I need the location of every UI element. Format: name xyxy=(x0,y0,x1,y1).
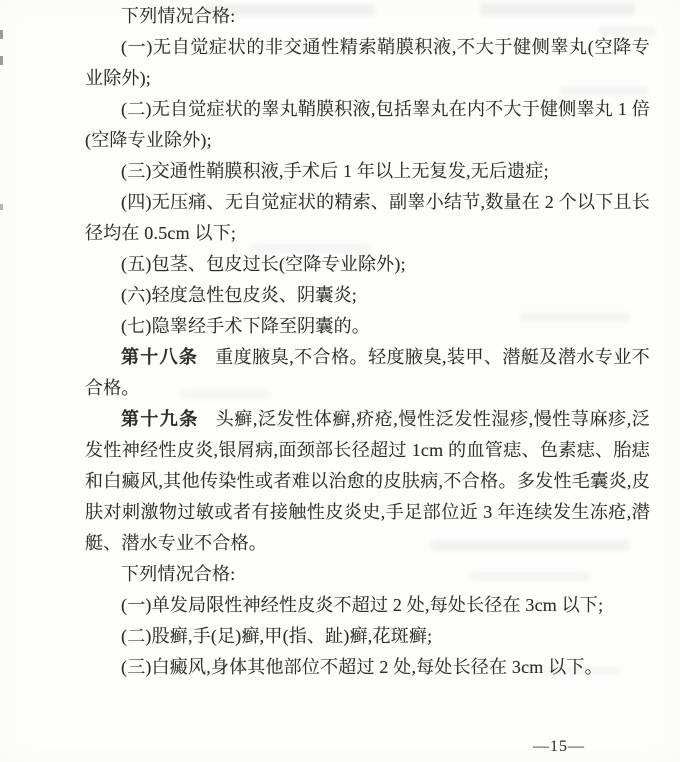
paragraph: (四)无压痛、无自觉症状的精索、副睾小结节,数量在 2 个以下且长径均在 0.5… xyxy=(85,187,650,249)
document-body: 下列情况合格:(一)无自觉症状的非交通性精索鞘膜积液,不大于健侧睾丸(空降专业除… xyxy=(85,1,650,683)
scanned-document-page: 下列情况合格:(一)无自觉症状的非交通性精索鞘膜积液,不大于健侧睾丸(空降专业除… xyxy=(0,0,680,762)
paragraph: 下列情况合格: xyxy=(85,559,650,590)
article-number: 第十九条 xyxy=(121,409,199,429)
scan-edge-artifact xyxy=(0,204,3,210)
paragraph: (二)股癣,手(足)癣,甲(指、趾)癣,花斑癣; xyxy=(85,621,650,652)
article-paragraph: 第十八条重度腋臭,不合格。轻度腋臭,装甲、潜艇及潜水专业不合格。 xyxy=(85,342,650,404)
paragraph: (五)包茎、包皮过长(空降专业除外); xyxy=(85,249,650,280)
article-paragraph: 第十九条头癣,泛发性体癣,疥疮,慢性泛发性湿疹,慢性荨麻疹,泛发性神经性皮炎,银… xyxy=(85,404,650,559)
paragraph: (三)白癜风,身体其他部位不超过 2 处,每处长径在 3cm 以下。 xyxy=(85,652,650,683)
article-text: 头癣,泛发性体癣,疥疮,慢性泛发性湿疹,慢性荨麻疹,泛发性神经性皮炎,银屑病,面… xyxy=(85,409,650,553)
scan-edge-artifact xyxy=(0,56,3,65)
article-number: 第十八条 xyxy=(121,347,198,367)
paragraph: (二)无自觉症状的睾丸鞘膜积液,包括睾丸在内不大于健侧睾丸 1 倍(空降专业除外… xyxy=(85,94,650,156)
paragraph: 下列情况合格: xyxy=(85,1,650,32)
paragraph: (六)轻度急性包皮炎、阴囊炎; xyxy=(85,280,650,311)
paragraph: (一)单发局限性神经性皮炎不超过 2 处,每处长径在 3cm 以下; xyxy=(85,590,650,621)
scan-edge-artifact xyxy=(0,30,3,39)
paragraph: (一)无自觉症状的非交通性精索鞘膜积液,不大于健侧睾丸(空降专业除外); xyxy=(85,32,650,94)
paragraph: (三)交通性鞘膜积液,手术后 1 年以上无复发,无后遗症; xyxy=(85,156,650,187)
page-number: —15— xyxy=(533,739,585,755)
paragraph: (七)隐睾经手术下降至阴囊的。 xyxy=(85,311,650,342)
